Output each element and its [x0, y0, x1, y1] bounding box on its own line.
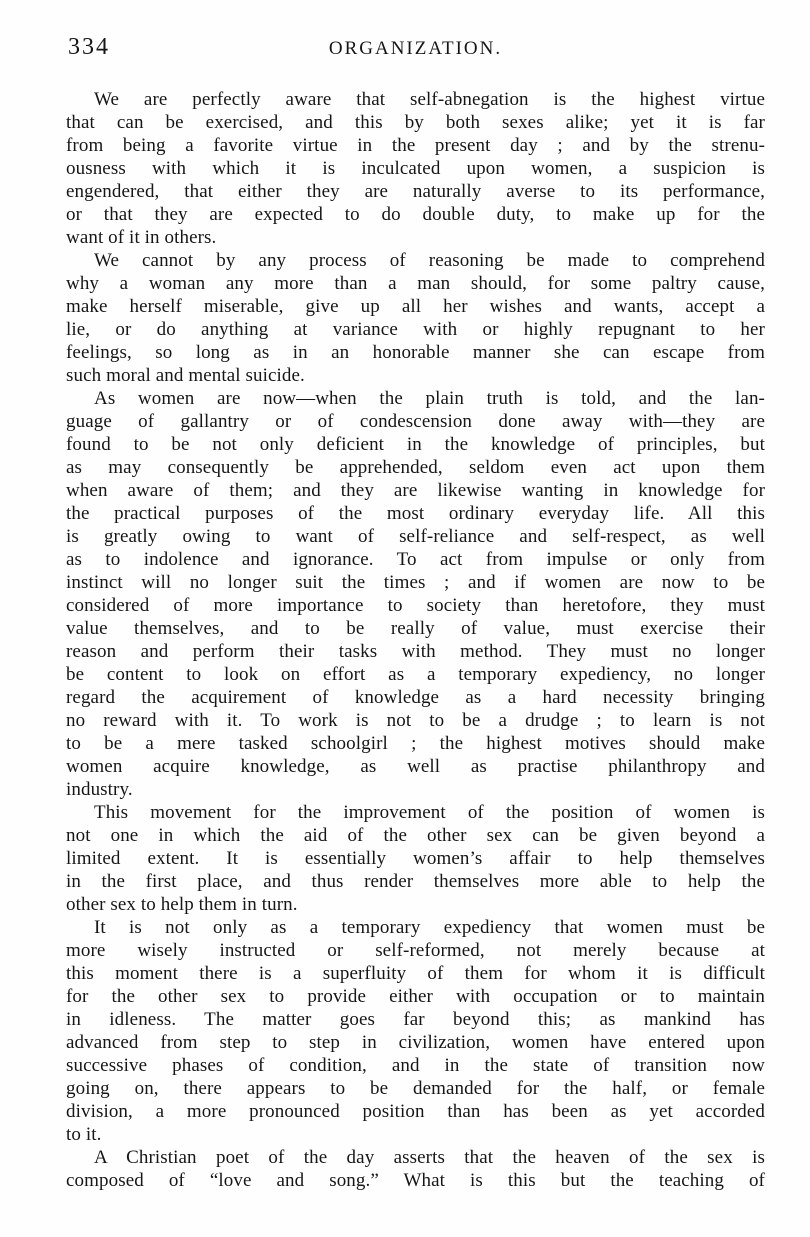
paragraph: We cannot by any process of reasoning be…: [66, 249, 765, 387]
text-line: want of it in others.: [66, 226, 765, 249]
text-line: division, a more pronounced position tha…: [66, 1100, 765, 1123]
page-number: 334: [68, 34, 110, 60]
running-head: ORGANIZATION.: [66, 34, 765, 62]
text-line: limited extent. It is essentially women’…: [66, 847, 765, 870]
text-line: industry.: [66, 778, 765, 801]
text-line: from being a favorite virtue in the pres…: [66, 134, 765, 157]
book-page: 334 ORGANIZATION. We are perfectly aware…: [0, 0, 810, 1237]
paragraph: It is not only as a temporary expediency…: [66, 916, 765, 1146]
text-line: feelings, so long as in an honorable man…: [66, 341, 765, 364]
text-line: the practical purposes of the most ordin…: [66, 502, 765, 525]
text-line: more wisely instructed or self-reformed,…: [66, 939, 765, 962]
text-line: women acquire knowledge, as well as prac…: [66, 755, 765, 778]
text-line: ousness with which it is inculcated upon…: [66, 157, 765, 180]
text-line: as may consequently be apprehended, seld…: [66, 456, 765, 479]
text-line: successive phases of condition, and in t…: [66, 1054, 765, 1077]
text-line: considered of more importance to society…: [66, 594, 765, 617]
paragraph: We are perfectly aware that self-abnegat…: [66, 88, 765, 249]
text-line: why a woman any more than a man should, …: [66, 272, 765, 295]
text-line: this moment there is a superfluity of th…: [66, 962, 765, 985]
page-body: We are perfectly aware that self-abnegat…: [66, 88, 765, 1192]
text-line: We are perfectly aware that self-abnegat…: [66, 88, 765, 111]
text-line: is greatly owing to want of self-relianc…: [66, 525, 765, 548]
text-line: when aware of them; and they are likewis…: [66, 479, 765, 502]
text-line: A Christian poet of the day asserts that…: [66, 1146, 765, 1169]
text-line: not one in which the aid of the other se…: [66, 824, 765, 847]
page-header: 334 ORGANIZATION.: [66, 34, 765, 64]
text-line: or that they are expected to do double d…: [66, 203, 765, 226]
text-line: engendered, that either they are natural…: [66, 180, 765, 203]
text-line: no reward with it. To work is not to be …: [66, 709, 765, 732]
paragraph: This movement for the improvement of the…: [66, 801, 765, 916]
text-line: composed of “love and song.” What is thi…: [66, 1169, 765, 1192]
text-line: We cannot by any process of reasoning be…: [66, 249, 765, 272]
text-line: guage of gallantry or of condescension d…: [66, 410, 765, 433]
text-line: going on, there appears to be demanded f…: [66, 1077, 765, 1100]
text-line: It is not only as a temporary expediency…: [66, 916, 765, 939]
text-line: instinct will no longer suit the times ;…: [66, 571, 765, 594]
text-line: advanced from step to step in civilizati…: [66, 1031, 765, 1054]
text-line: other sex to help them in turn.: [66, 893, 765, 916]
text-line: make herself miserable, give up all her …: [66, 295, 765, 318]
text-line: in idleness. The matter goes far beyond …: [66, 1008, 765, 1031]
text-line: reason and perform their tasks with meth…: [66, 640, 765, 663]
text-line: value themselves, and to be really of va…: [66, 617, 765, 640]
text-line: regard the acquirement of knowledge as a…: [66, 686, 765, 709]
text-line: such moral and mental suicide.: [66, 364, 765, 387]
text-line: for the other sex to provide either with…: [66, 985, 765, 1008]
text-line: as to indolence and ignorance. To act fr…: [66, 548, 765, 571]
text-line: to it.: [66, 1123, 765, 1146]
text-line: that can be exercised, and this by both …: [66, 111, 765, 134]
text-line: to be a mere tasked schoolgirl ; the hig…: [66, 732, 765, 755]
paragraph: A Christian poet of the day asserts that…: [66, 1146, 765, 1192]
paragraph: As women are now—when the plain truth is…: [66, 387, 765, 801]
text-line: As women are now—when the plain truth is…: [66, 387, 765, 410]
text-line: lie, or do anything at variance with or …: [66, 318, 765, 341]
text-line: be content to look on effort as a tempor…: [66, 663, 765, 686]
text-line: found to be not only deficient in the kn…: [66, 433, 765, 456]
text-line: in the first place, and thus render them…: [66, 870, 765, 893]
text-line: This movement for the improvement of the…: [66, 801, 765, 824]
